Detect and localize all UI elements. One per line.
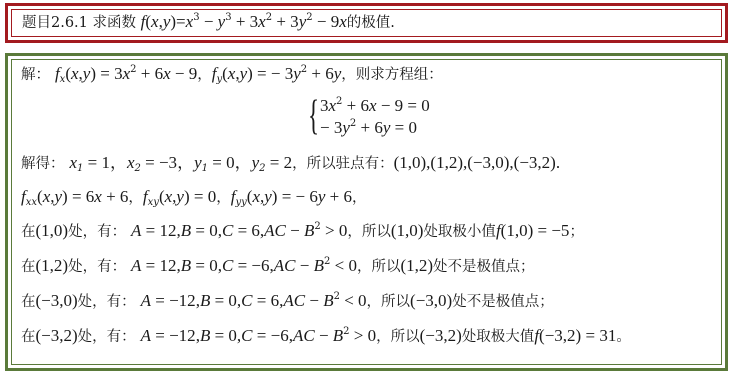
solution-box: 解： fx(x,y) = 3x2 + 6x − 9，fy(x,y) = − 3y…	[5, 53, 728, 371]
analysis-line-m3-2: 在(−3,2)处，有： A = −12,B = 0,C = −6,AC − B2…	[21, 326, 631, 347]
analysis-line-1-2: 在(1,2)处，有： A = 12,B = 0,C = −6,AC − B2 <…	[21, 256, 535, 277]
solution-line-second-partials: fxx(x,y) = 6x + 6，fxy(x,y) = 0，fyy(x,y) …	[21, 187, 367, 208]
problem-box: 题目2.6.1 求函数 f(x,y)=x3 − y3 + 3x2 + 3y2 −…	[5, 3, 728, 43]
system-equation-2: − 3y2 + 6y = 0	[320, 118, 417, 138]
analysis-line-1-0: 在(1,0)处，有： A = 12,B = 0,C = 6,AC − B2 > …	[21, 221, 584, 242]
analysis-line-m3-0: 在(−3,0)处，有： A = −12,B = 0,C = 6,AC − B2 …	[21, 291, 554, 312]
system-equation-1: 3x2 + 6x − 9 = 0	[320, 96, 430, 116]
left-brace-icon: {	[308, 96, 319, 136]
problem-prefix: 求函数	[88, 15, 141, 31]
problem-label: 题目2.6.1	[22, 15, 88, 31]
problem-statement: 题目2.6.1 求函数 f(x,y)=x3 − y3 + 3x2 + 3y2 −…	[22, 11, 395, 34]
solution-line-partials: 解： fx(x,y) = 3x2 + 6x − 9，fy(x,y) = − 3y…	[21, 64, 443, 85]
problem-suffix: 的极值.	[347, 15, 395, 31]
solution-line-roots: 解得： x1 = 1，x2 = −3，y1 = 0，y2 = 2，所以驻点有：(…	[21, 153, 560, 174]
